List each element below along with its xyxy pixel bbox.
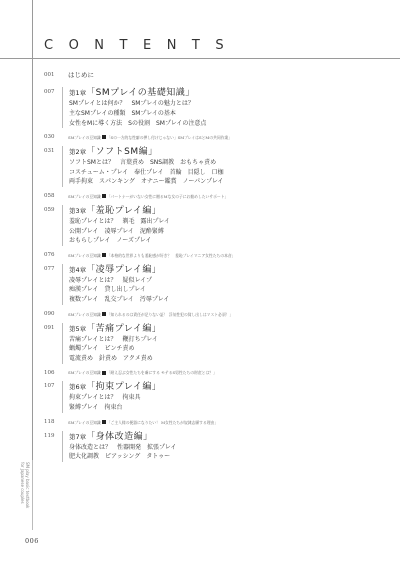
section-list: 女性をMに導く方法 Sの役割 SMプレイの注意点	[69, 119, 206, 129]
toc-column[interactable]: 058SMプレイの豆知識「パートナーがいない女性に贈るMな女の子にお勧めしたいサ…	[44, 191, 384, 200]
toc-chapter[interactable]: 059第3章「羞恥プレイ編」羞恥プレイとは？ 剃毛 露出プレイ公開プレイ 凌辱プ…	[44, 205, 384, 246]
section-list: 身体改造とは？ 性器開発 拡張プレイ	[69, 443, 176, 453]
toc-chapter[interactable]: 119第7章「身体改造編」身体改造とは？ 性器開発 拡張プレイ肥大化調教 ピアッ…	[44, 431, 384, 463]
section-list: 複数プレイ 乱交プレイ 汚辱プレイ	[69, 295, 169, 305]
column-entry: SMプレイの豆知識「ご主人様の便器になりたい！ M女性たちが奴隷志願する理由」	[62, 417, 218, 426]
chapter-block: 第6章「拘束プレイ編」拘束プレイとは？ 拘束具緊縛プレイ 拘束台	[62, 381, 161, 413]
section-list: 公開プレイ 凌辱プレイ 泥酔緊縛	[69, 227, 170, 237]
chapter-title: 「身体改造編」	[86, 432, 153, 442]
section-list: 拘束プレイとは？ 拘束具	[69, 393, 161, 403]
section-list: 両手拘束 スパンキング オナニー鑑賞 ノーパンプレイ	[69, 177, 224, 187]
chapter-block: 第5章「苦痛プレイ編」苦痛プレイとは？ 鞭打ちプレイ蝋燭プレイ ピンチ責め電流責…	[62, 323, 161, 364]
page-ref: 107	[44, 381, 62, 389]
chapter-title: 「苦痛プレイ編」	[86, 324, 161, 334]
column-entry: SMプレイの豆知識「パートナーがいない女性に贈るMな女の子にお勧めしたいサポート…	[62, 191, 228, 200]
chapter-number: 第7章	[69, 433, 86, 441]
column-entry: SMプレイの豆知識「耐え忍ぶ女性たちを虜にする モテるS男性たちの財産とは？」	[62, 368, 217, 377]
page-ref: 090	[44, 309, 62, 317]
section-list: 主なSMプレイの種類 SMプレイの基本	[69, 109, 206, 119]
column-text: 「本格的な世界よりも羞恥感が好き？ 羞恥プレイマニア女性たちの本音」	[107, 253, 236, 258]
section-list: 痴漢プレイ 貸し出しプレイ	[69, 285, 169, 295]
square-bullet-icon	[102, 135, 106, 139]
section-list: 凌辱プレイとは？ 疑似レイプ	[69, 276, 169, 286]
page-ref: 058	[44, 191, 62, 199]
chapter-block: 第3章「羞恥プレイ編」羞恥プレイとは？ 剃毛 露出プレイ公開プレイ 凌辱プレイ …	[62, 205, 170, 246]
column-label: SMプレイの豆知識	[68, 420, 101, 425]
toc-chapter[interactable]: 091第5章「苦痛プレイ編」苦痛プレイとは？ 鞭打ちプレイ蝋燭プレイ ピンチ責め…	[44, 323, 384, 364]
column-entry: SMプレイの豆知識「知られるのは責任が足りない証！ 浮気性犯の貸し出しはマスト必…	[62, 309, 233, 318]
side-rule	[32, 460, 33, 530]
margin-rule-vertical	[32, 0, 33, 460]
page-ref: 059	[44, 205, 62, 213]
chapter-block: 第4章「凌辱プレイ編」凌辱プレイとは？ 疑似レイプ痴漢プレイ 貸し出しプレイ複数…	[62, 264, 169, 305]
chapter-heading: 第2章「ソフトSM編」	[69, 146, 224, 158]
column-label: SMプレイの豆知識	[68, 370, 101, 375]
chapter-heading: 第1章「SMプレイの基礎知識」	[69, 87, 206, 99]
toc-column[interactable]: 090SMプレイの豆知識「知られるのは責任が足りない証！ 浮気性犯の貸し出しはマ…	[44, 309, 384, 318]
toc-column[interactable]: 106SMプレイの豆知識「耐え忍ぶ女性たちを虜にする モテるS男性たちの財産とは…	[44, 368, 384, 377]
chapter-heading: 第3章「羞恥プレイ編」	[69, 205, 170, 217]
page-ref: 119	[44, 431, 62, 439]
chapter-heading: 第4章「凌辱プレイ編」	[69, 264, 169, 276]
toc-chapter[interactable]: 107第6章「拘束プレイ編」拘束プレイとは？ 拘束具緊縛プレイ 拘束台	[44, 381, 384, 413]
section-list: ソフトSMとは？ 言葉責め SNS調教 おもちゃ責め	[69, 158, 224, 168]
square-bullet-icon	[102, 253, 106, 257]
chapter-heading: 第5章「苦痛プレイ編」	[69, 323, 161, 335]
column-text: 「耐え忍ぶ女性たちを虜にする モテるS男性たちの財産とは？」	[107, 370, 217, 375]
toc-entries: 007第1章「SMプレイの基礎知識」SMプレイとは何か？ SMプレイの魅力とは？…	[44, 87, 384, 462]
column-label: SMプレイの豆知識	[68, 312, 101, 317]
column-text: 「パートナーがいない女性に贈るMな女の子にお勧めしたいサポート」	[107, 194, 229, 199]
chapter-number: 第3章	[69, 207, 86, 215]
side-caption: SM play basic textbook for Japanese coup…	[18, 462, 30, 542]
toc-chapter[interactable]: 031第2章「ソフトSM編」ソフトSMとは？ 言葉責め SNS調教 おもちゃ責め…	[44, 146, 384, 187]
chapter-title: 「凌辱プレイ編」	[86, 265, 161, 275]
page-ref: 106	[44, 368, 62, 376]
page-ref: 076	[44, 250, 62, 258]
toc-chapter[interactable]: 077第4章「凌辱プレイ編」凌辱プレイとは？ 疑似レイプ痴漢プレイ 貸し出しプレ…	[44, 264, 384, 305]
chapter-title: 「拘束プレイ編」	[86, 382, 161, 392]
page-ref: 001	[44, 70, 62, 78]
toc-intro[interactable]: 001 はじめに	[44, 70, 384, 79]
page-ref: 030	[44, 132, 62, 140]
page-number: 006	[25, 537, 39, 545]
chapter-title: 「ソフトSM編」	[86, 147, 157, 157]
page-title: CONTENTS	[44, 38, 239, 53]
page-ref: 007	[44, 87, 62, 95]
table-of-contents: 001 はじめに 007第1章「SMプレイの基礎知識」SMプレイとは何か？ SM…	[44, 70, 384, 466]
section-list: 緊縛プレイ 拘束台	[69, 403, 161, 413]
column-label: SMプレイの豆知識	[68, 253, 101, 258]
chapter-title: 「羞恥プレイ編」	[86, 206, 161, 216]
header-rule	[0, 58, 400, 59]
toc-column[interactable]: 076SMプレイの豆知識「本格的な世界よりも羞恥感が好き？ 羞恥プレイマニア女性…	[44, 250, 384, 259]
column-label: SMプレイの豆知識	[68, 194, 101, 199]
toc-column[interactable]: 118SMプレイの豆知識「ご主人様の便器になりたい！ M女性たちが奴隷志願する理…	[44, 417, 384, 426]
chapter-block: 第2章「ソフトSM編」ソフトSMとは？ 言葉責め SNS調教 おもちゃ責めコスチ…	[62, 146, 224, 187]
section-list: 肥大化調教 ピアッシング タトゥー	[69, 452, 176, 462]
section-list: 苦痛プレイとは？ 鞭打ちプレイ	[69, 335, 161, 345]
chapter-title: 「SMプレイの基礎知識」	[86, 88, 195, 98]
column-text: 「ご主人様の便器になりたい！ M女性たちが奴隷志願する理由」	[107, 420, 218, 425]
column-label: SMプレイの豆知識	[68, 135, 101, 140]
square-bullet-icon	[102, 312, 106, 316]
page-ref: 091	[44, 323, 62, 331]
chapter-block: 第7章「身体改造編」身体改造とは？ 性器開発 拡張プレイ肥大化調教 ピアッシング…	[62, 431, 176, 463]
chapter-heading: 第6章「拘束プレイ編」	[69, 381, 161, 393]
section-list: 蝋燭プレイ ピンチ責め	[69, 344, 161, 354]
section-list: コスチューム・プレイ 奉仕プレイ 首輪 目隠し 口枷	[69, 168, 224, 178]
chapter-number: 第4章	[69, 266, 86, 274]
page-ref: 031	[44, 146, 62, 154]
section-list: SMプレイとは何か？ SMプレイの魅力とは？	[69, 99, 206, 109]
chapter-number: 第1章	[69, 89, 86, 97]
square-bullet-icon	[102, 194, 106, 198]
section-list: 電流責め 針責め アクメ責め	[69, 354, 161, 364]
page-ref: 077	[44, 264, 62, 272]
chapter-heading: 第7章「身体改造編」	[69, 431, 176, 443]
page-ref: 118	[44, 417, 62, 425]
column-text: 「知られるのは責任が足りない証！ 浮気性犯の貸し出しはマスト必須！」	[107, 312, 234, 317]
intro-label: はじめに	[62, 70, 94, 79]
chapter-number: 第2章	[69, 148, 86, 156]
section-list: おもらしプレイ ノーズプレイ	[69, 236, 170, 246]
column-entry: SMプレイの豆知識「本格的な世界よりも羞恥感が好き？ 羞恥プレイマニア女性たちの…	[62, 250, 235, 259]
section-list: 羞恥プレイとは？ 剃毛 露出プレイ	[69, 217, 170, 227]
chapter-block: 第1章「SMプレイの基礎知識」SMプレイとは何か？ SMプレイの魅力とは？主なS…	[62, 87, 206, 128]
column-entry: SMプレイの豆知識「Sの一方的な性癖の押し付けじゃない」SMプレイはSとMの共同…	[62, 132, 232, 141]
chapter-number: 第5章	[69, 325, 86, 333]
chapter-number: 第6章	[69, 383, 86, 391]
square-bullet-icon	[102, 371, 106, 375]
column-text: 「Sの一方的な性癖の押し付けじゃない」SMプレイはSとMの共同作業」	[107, 135, 232, 140]
square-bullet-icon	[102, 420, 106, 424]
toc-chapter[interactable]: 007第1章「SMプレイの基礎知識」SMプレイとは何か？ SMプレイの魅力とは？…	[44, 87, 384, 128]
toc-column[interactable]: 030SMプレイの豆知識「Sの一方的な性癖の押し付けじゃない」SMプレイはSとM…	[44, 132, 384, 141]
